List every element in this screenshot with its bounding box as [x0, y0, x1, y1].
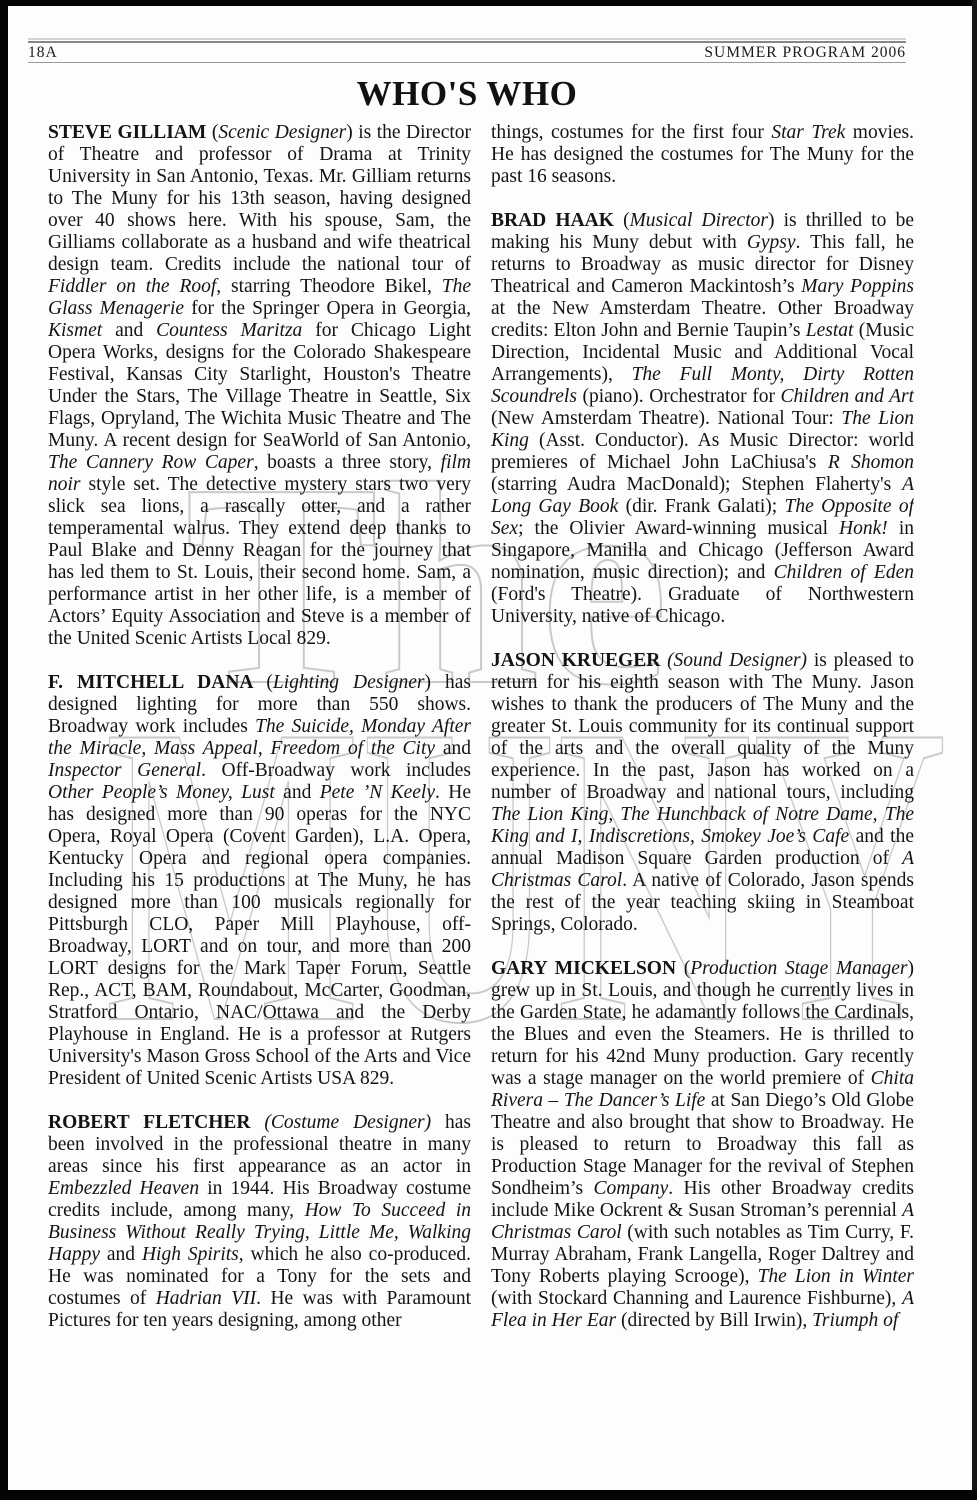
bio-paragraph: JASON KRUEGER (Sound Designer) is please… — [491, 650, 914, 936]
text-run: (New Amsterdam Theatre). National Tour: — [491, 408, 841, 429]
text-run: (Costume Designer) — [264, 1112, 431, 1133]
text-run: . He has designed more than 90 operas fo… — [48, 782, 471, 1089]
header-rule-bottom — [28, 62, 906, 63]
bio-paragraph: F. MITCHELL DANA (Lighting Designer) has… — [48, 672, 471, 1090]
text-run: is pleased to return for his eighth seas… — [491, 650, 914, 803]
text-run: Triumph of — [812, 1310, 898, 1331]
scan-edge-bottom — [0, 1490, 977, 1500]
bio-paragraph: ROBERT FLETCHER (Costume Designer) has b… — [48, 1112, 471, 1332]
text-run: Star Trek — [771, 122, 845, 143]
text-run: style set. The detective mystery stars t… — [48, 474, 471, 649]
text-run: (Sound Designer) — [667, 650, 807, 671]
text-run: (starring Audra MacDonald); Stephen Flah… — [491, 474, 902, 495]
text-run: (piano). Orchestrator for — [577, 386, 781, 407]
text-run: Lighting Designer — [273, 672, 425, 693]
page-title: WHO'S WHO — [28, 74, 906, 114]
bio-columns: STEVE GILLIAM (Scenic Designer) is the D… — [48, 122, 914, 1490]
text-run: and — [102, 320, 156, 341]
scan-edge-top — [0, 0, 977, 6]
program-page: 18A SUMMER PROGRAM 2006 WHO'S WHO The MU… — [0, 0, 977, 1500]
text-run: . Off-Broadway work includes — [201, 760, 471, 781]
text-run: Fiddler on the Roof — [48, 276, 216, 297]
text-run: JASON KRUEGER — [491, 650, 667, 671]
text-run: Honk! — [839, 518, 888, 539]
page-number: 18A — [28, 44, 58, 62]
text-run: Mary Poppins — [801, 276, 914, 297]
text-run: (dir. Frank Galati); — [618, 496, 784, 517]
text-run: R Shomon — [828, 452, 914, 473]
text-run: BRAD HAAK — [491, 210, 623, 231]
text-run: F. MITCHELL DANA — [48, 672, 266, 693]
bio-paragraph: GARY MICKELSON (Production Stage Manager… — [491, 958, 914, 1332]
bio-paragraph: BRAD HAAK (Musical Director) is thrilled… — [491, 210, 914, 628]
text-run: The Lion in Winter — [758, 1266, 914, 1287]
text-run: The Cannery Row Caper — [48, 452, 254, 473]
text-run: and — [100, 1244, 142, 1265]
text-run: Other People’s Money, Lust — [48, 782, 275, 803]
text-run: Embezzled Heaven — [48, 1178, 199, 1199]
text-run: (Ford's Theatre). Graduate of Northweste… — [491, 584, 914, 627]
text-run: and — [435, 738, 471, 759]
text-run: (directed by Bill Irwin), — [616, 1310, 812, 1331]
text-run: Pete ’N Keely — [320, 782, 435, 803]
bio-paragraph: STEVE GILLIAM (Scenic Designer) is the D… — [48, 122, 471, 650]
text-run: ; the Olivier Award-winning musical — [518, 518, 839, 539]
text-run: Lestat — [806, 320, 854, 341]
text-run: ROBERT FLETCHER — [48, 1112, 264, 1133]
running-header: 18A SUMMER PROGRAM 2006 — [28, 44, 906, 61]
text-run: ) is the Director of Theatre and profess… — [48, 122, 471, 275]
text-run: Musical Director — [630, 210, 768, 231]
text-run: Countess Maritza — [156, 320, 302, 341]
text-run: , boasts a three story, — [254, 452, 441, 473]
right-column: things, costumes for the first four Star… — [491, 122, 914, 1490]
text-run: (with Stockard Channing and Laurence Fis… — [491, 1288, 902, 1309]
text-run: Production Stage Manager — [690, 958, 907, 979]
text-run: STEVE GILLIAM — [48, 122, 212, 143]
bio-paragraph: things, costumes for the first four Star… — [491, 122, 914, 188]
text-run: High Spirits — [142, 1244, 239, 1265]
text-run: , starring Theodore Bikel, — [216, 276, 441, 297]
text-run: Gypsy — [747, 232, 796, 253]
text-run: Scenic Designer — [218, 122, 346, 143]
text-run: and — [275, 782, 320, 803]
scan-edge-left — [0, 0, 8, 1500]
text-run: Children and Art — [780, 386, 914, 407]
text-run: for the Springer Opera in Georgia, — [184, 298, 471, 319]
text-run: Kismet — [48, 320, 102, 341]
text-run: Inspector General — [48, 760, 201, 781]
left-column: STEVE GILLIAM (Scenic Designer) is the D… — [48, 122, 471, 1490]
text-run: Children of Eden — [774, 562, 914, 583]
text-run: Company — [594, 1178, 669, 1199]
scan-edge-right — [972, 0, 977, 1500]
text-run: Hadrian VII — [156, 1288, 256, 1309]
text-run: things, costumes for the first four — [491, 122, 771, 143]
edition-label: SUMMER PROGRAM 2006 — [704, 44, 906, 62]
text-run: GARY MICKELSON — [491, 958, 684, 979]
